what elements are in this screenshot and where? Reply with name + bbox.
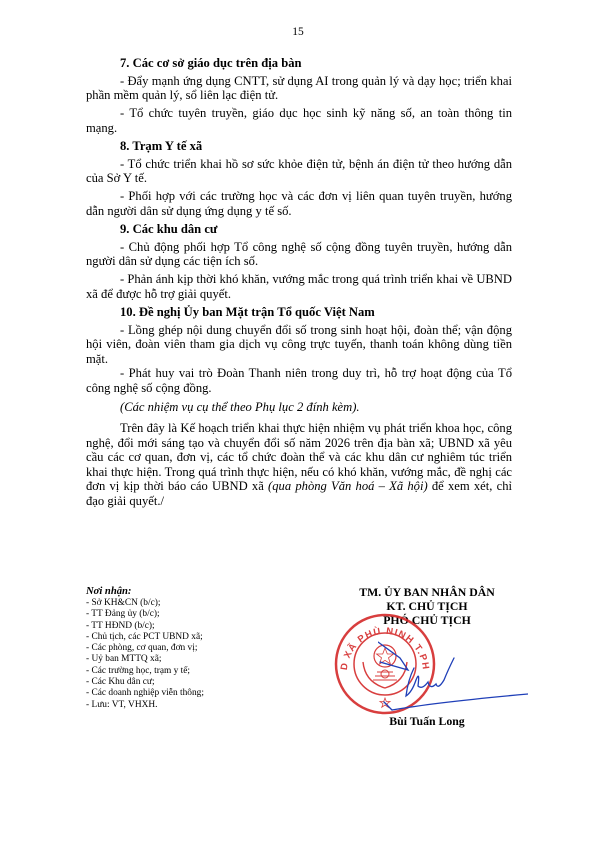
appendix-note: (Các nhiệm vụ cụ thể theo Phụ lục 2 đính… bbox=[86, 400, 512, 415]
section-item: - Phát huy vai trò Đoàn Thanh niên trong… bbox=[86, 366, 512, 395]
page-number: 15 bbox=[0, 26, 596, 38]
recipient-item: - TT Đảng ủy (b/c); bbox=[86, 609, 316, 620]
section-item: - Lồng ghép nội dung chuyển đổi số trong… bbox=[86, 323, 512, 367]
closing-paragraph: Trên đây là Kế hoạch triển khai thực hiệ… bbox=[86, 421, 512, 509]
section-heading: 8. Trạm Y tế xã bbox=[86, 139, 512, 154]
recipient-item: - TT HĐND (b/c); bbox=[86, 621, 316, 632]
section-item: - Tổ chức triển khai hồ sơ sức khỏe điện… bbox=[86, 157, 512, 186]
recipient-item: - Chủ tịch, các PCT UBND xã; bbox=[86, 632, 316, 643]
recipients-block: Nơi nhận: - Sở KH&CN (b/c); - TT Đảng ủy… bbox=[86, 586, 316, 711]
section-residential-areas: 9. Các khu dân cư - Chủ động phối hợp Tổ… bbox=[86, 222, 512, 301]
handwritten-signature-icon bbox=[378, 640, 528, 720]
recipients-title: Nơi nhận: bbox=[86, 586, 316, 598]
section-heading: 9. Các khu dân cư bbox=[86, 222, 512, 237]
section-heading: 7. Các cơ sở giáo dục trên địa bàn bbox=[86, 56, 512, 71]
section-health-station: 8. Trạm Y tế xã - Tổ chức triển khai hồ … bbox=[86, 139, 512, 218]
section-heading: 10. Đề nghị Ủy ban Mặt trận Tổ quốc Việt… bbox=[86, 305, 512, 320]
closing-italic-text: (qua phòng Văn hoá – Xã hội) bbox=[268, 479, 428, 493]
recipient-item: - Sở KH&CN (b/c); bbox=[86, 598, 316, 609]
section-item: - Đẩy mạnh ứng dụng CNTT, sử dụng AI tro… bbox=[86, 74, 512, 103]
document-body: 7. Các cơ sở giáo dục trên địa bàn - Đẩy… bbox=[86, 56, 512, 509]
signature-title-line: KT. CHỦ TỊCH bbox=[320, 599, 534, 613]
section-item: - Phối hợp với các trường học và các đơn… bbox=[86, 189, 512, 218]
section-item: - Tổ chức tuyên truyền, giáo dục học sin… bbox=[86, 106, 512, 135]
recipient-item: - Lưu: VT, VHXH. bbox=[86, 700, 316, 711]
recipient-item: - Các doanh nghiệp viễn thông; bbox=[86, 688, 316, 699]
section-fatherland-front: 10. Đề nghị Ủy ban Mặt trận Tổ quốc Việt… bbox=[86, 305, 512, 396]
section-education: 7. Các cơ sở giáo dục trên địa bàn - Đẩy… bbox=[86, 56, 512, 135]
recipient-item: - Các Khu dân cư; bbox=[86, 677, 316, 688]
section-item: - Chủ động phối hợp Tổ công nghệ số cộng… bbox=[86, 240, 512, 269]
recipient-item: - Các trường học, trạm y tế; bbox=[86, 666, 316, 677]
section-item: - Phản ánh kịp thời khó khăn, vướng mắc … bbox=[86, 272, 512, 301]
signature-title-line: TM. ỦY BAN NHÂN DÂN bbox=[320, 585, 534, 599]
recipient-item: - Các phòng, cơ quan, đơn vị; bbox=[86, 643, 316, 654]
recipient-item: - Uỷ ban MTTQ xã; bbox=[86, 654, 316, 665]
